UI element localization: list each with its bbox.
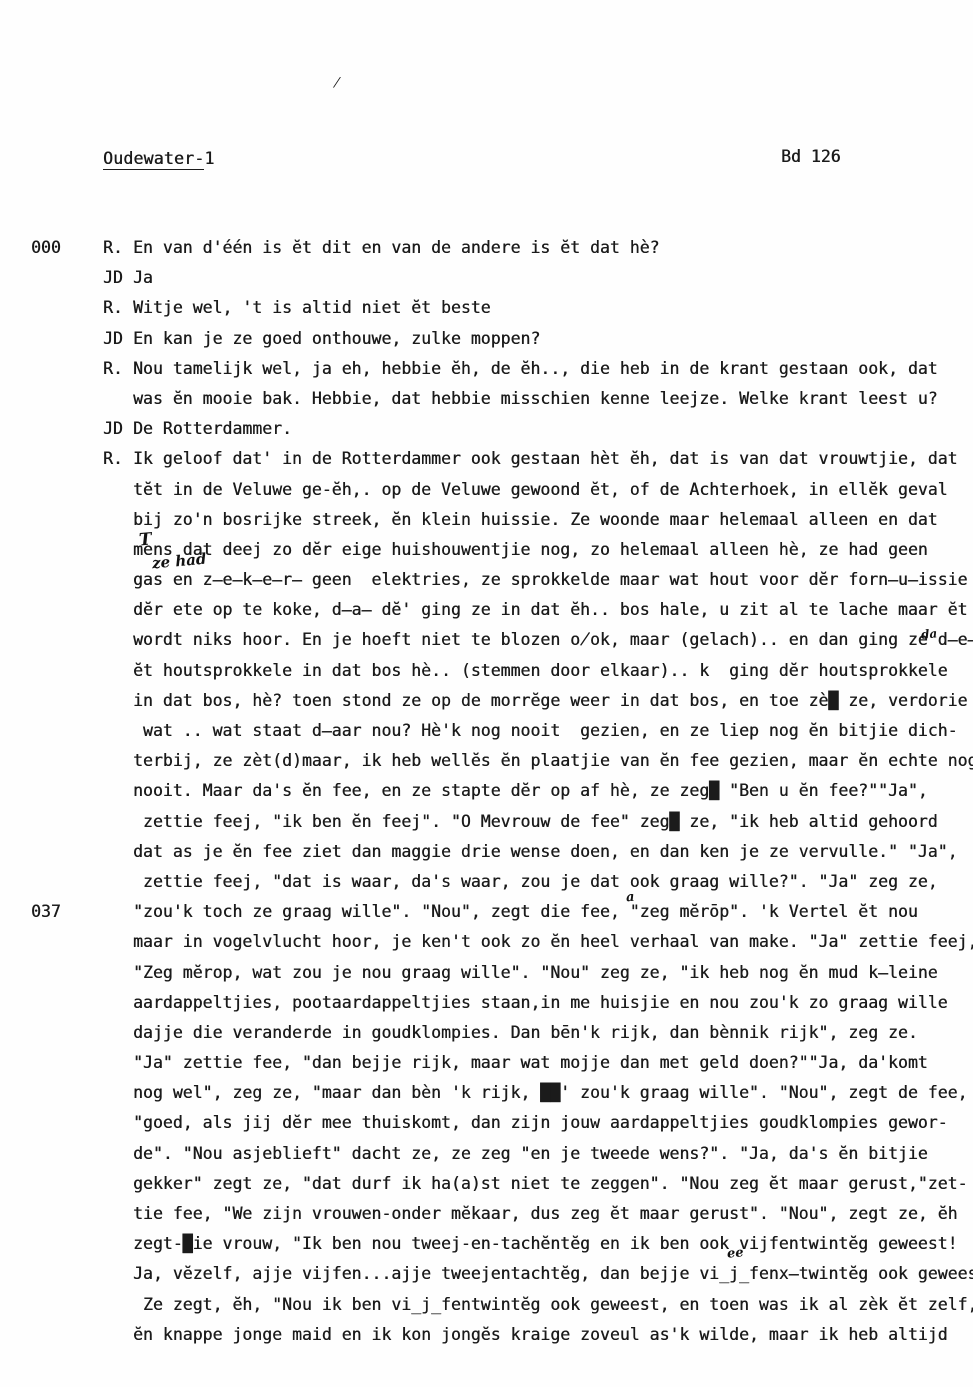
transcript-line: zettie feej, "dat is waar, da's waar, zo… [133,867,973,897]
transcript-line: 037"zou'k toch ze graag wille". "Nou", z… [133,897,973,927]
line-text: "Ja" zettie fee, "dan bejje rijk, maar w… [133,1048,928,1078]
transcript-line: nog wel", zeg ze, "maar dan bèn 'k rijk,… [133,1078,973,1108]
line-text: "zou'k toch ze graag wille". "Nou", zegt… [133,897,918,927]
document-title-rest: 1 [204,149,214,168]
line-text: Ja, vĕzelf, ajje vijfen...ajje tweejenta… [133,1259,973,1289]
line-text: dat as je ĕn fee ziet dan maggie drie we… [133,837,958,867]
page-reference: Bd 126 [781,147,841,166]
transcript-line: dajje die veranderde in goudklompies. Da… [133,1018,973,1048]
speaker-label: R. [103,354,123,384]
transcript-line: JDDe Rotterdammer. [133,414,973,444]
line-text: de". "Nou asjeblieft" dacht ze, ze zeg "… [133,1139,928,1169]
transcript-line: ĕn knappe jonge maid en ik kon jongĕs kr… [133,1320,973,1350]
transcript-line: "Ja" zettie fee, "dan bejje rijk, maar w… [133,1048,973,1078]
transcript-line: JDJa [133,263,973,293]
speaker-label: JD [103,414,123,444]
line-text: mens dat deej zo dĕr eige huishouwentjie… [133,535,928,565]
transcript-line: aardappeltjies, pootaardappeltjies staan… [133,988,973,1018]
speaker-label: R. [103,233,123,263]
transcript-line: "goed, als jij dĕr mee thuiskomt, dan zi… [133,1108,973,1138]
handwritten-annotation: ⁄ [335,76,338,91]
transcript-line: de". "Nou asjeblieft" dacht ze, ze zeg "… [133,1139,973,1169]
transcript-line: "Zeg mĕrop, wat zou je nou graag wille".… [133,958,973,988]
line-text: ĕt houtsprokkele in dat bos hè.. (stemme… [133,656,948,686]
document-title-underlined: Oudewater- [103,149,204,170]
transcript-line: gekker" zegt ze, "dat durf ik ha(a)st ni… [133,1169,973,1199]
speaker-label: R. [103,293,123,323]
transcript-line: 000R.En van d'één is ĕt dit en van de an… [133,233,973,263]
transcript-line: bij zo'n bosrijke streek, ĕn klein huiss… [133,505,973,535]
line-text: tĕt in de Veluwe ge-ĕh,. op de Veluwe ge… [133,475,948,505]
transcript-line: was ĕn mooie bak. Hebbie, dat hebbie mis… [133,384,973,414]
handwritten-annotation: a [625,890,635,906]
tape-counter-marker: 000 [31,233,61,263]
line-text: ĕn knappe jonge maid en ik kon jongĕs kr… [133,1320,948,1350]
transcript-line: Ja, vĕzelf, ajje vijfen...ajje tweejenta… [133,1259,973,1289]
line-text: nog wel", zeg ze, "maar dan bèn 'k rijk,… [133,1078,967,1108]
transcript-line: gas en z̶e̶k̶e̶r̶ geen elektries, ze spr… [133,565,973,595]
speaker-label: R. [103,444,123,474]
transcript-line: in dat bos, hè? toen stond ze op de morr… [133,686,973,716]
line-text: wordt niks hoor. En je hoeft niet te blo… [133,625,973,655]
transcript-line: maar in vogelvlucht hoor, je ken't ook z… [133,927,973,957]
line-text: in dat bos, hè? toen stond ze op de morr… [133,686,967,716]
line-text: Nou tamelijk wel, ja eh, hebbie ĕh, de ĕ… [133,354,938,384]
line-text: zegt-█ie vrouw, "Ik ben nou tweej-en-tac… [133,1229,958,1259]
line-text: En kan je ze goed onthouwe, zulke moppen… [133,324,540,354]
transcript-line: nooit. Maar da's ĕn fee, en ze stapte dĕ… [133,776,973,806]
transcript-line: tie fee, "We zijn vrouwen-onder mĕkaar, … [133,1199,973,1229]
line-text: gekker" zegt ze, "dat durf ik ha(a)st ni… [133,1169,967,1199]
line-text: Ik geloof dat' in de Rotterdammer ook ge… [133,444,958,474]
document-title: Oudewater-1 [103,149,214,168]
transcript-line: zegt-█ie vrouw, "Ik ben nou tweej-en-tac… [133,1229,973,1259]
speaker-label: JD [103,324,123,354]
transcript-line: dat as je ĕn fee ziet dan maggie drie we… [133,837,973,867]
line-text: Ze zegt, ĕh, "Nou ik ben vi̲j̲fentwintĕg… [133,1290,973,1320]
line-text: Ja [133,263,153,293]
line-text: "goed, als jij dĕr mee thuiskomt, dan zi… [133,1108,948,1138]
line-text: dĕr ete op te koke, d̶a̶ dĕ' ging ze in … [133,595,967,625]
line-text: nooit. Maar da's ĕn fee, en ze stapte dĕ… [133,776,928,806]
transcript-line: wat .. wat staat d̶aar nou? Hè'k nog noo… [133,716,973,746]
transcript-line: R.Nou tamelijk wel, ja eh, hebbie ĕh, de… [133,354,973,384]
line-text: De Rotterdammer. [133,414,292,444]
line-text: gas en z̶e̶k̶e̶r̶ geen elektries, ze spr… [133,565,973,595]
transcript-line: zettie feej, "ik ben ĕn feej". "O Mevrou… [133,807,973,837]
speaker-label: JD [103,263,123,293]
transcript-line: JDEn kan je ze goed onthouwe, zulke mopp… [133,324,973,354]
transcript-line: R.Ik geloof dat' in de Rotterdammer ook … [133,444,973,474]
line-text: zettie feej, "dat is waar, da's waar, zo… [133,867,938,897]
line-text: was ĕn mooie bak. Hebbie, dat hebbie mis… [133,384,938,414]
handwritten-annotation: da [920,626,937,641]
line-text: En van d'één is ĕt dit en van de andere … [133,233,660,263]
line-text: bij zo'n bosrijke streek, ĕn klein huiss… [133,505,938,535]
handwritten-annotation: T [138,529,152,550]
line-text: Witje wel, 't is altid niet ĕt beste [133,293,491,323]
line-text: aardappeltjies, pootaardappeltjies staan… [133,988,948,1018]
line-text: wat .. wat staat d̶aar nou? Hè'k nog noo… [133,716,958,746]
transcript-line: ĕt houtsprokkele in dat bos hè.. (stemme… [133,656,973,686]
transcript-line: R.Witje wel, 't is altid niet ĕt beste [133,293,973,323]
transcript-line: Ze zegt, ĕh, "Nou ik ben vi̲j̲fentwintĕg… [133,1290,973,1320]
transcript-line: mens dat deej zo dĕr eige huishouwentjie… [133,535,973,565]
line-text: zettie feej, "ik ben ĕn feej". "O Mevrou… [133,807,938,837]
transcript-line: dĕr ete op te koke, d̶a̶ dĕ' ging ze in … [133,595,973,625]
transcript-line: wordt niks hoor. En je hoeft niet te blo… [133,625,973,655]
transcript-lines: 000R.En van d'één is ĕt dit en van de an… [133,233,973,1350]
transcript-line: tĕt in de Veluwe ge-ĕh,. op de Veluwe ge… [133,475,973,505]
line-text: terbij, ze zèt(d)maar, ik heb wellĕs ĕn … [133,746,973,776]
line-text: tie fee, "We zijn vrouwen-onder mĕkaar, … [133,1199,958,1229]
handwritten-annotation: ee [726,1245,744,1261]
transcript-line: terbij, ze zèt(d)maar, ik heb wellĕs ĕn … [133,746,973,776]
line-text: dajje die veranderde in goudklompies. Da… [133,1018,918,1048]
line-text: maar in vogelvlucht hoor, je ken't ook z… [133,927,973,957]
typewritten-transcript-page: Oudewater-1 Bd 126 000R.En van d'één is … [0,0,973,1387]
tape-counter-marker: 037 [31,897,61,927]
line-text: "Zeg mĕrop, wat zou je nou graag wille".… [133,958,938,988]
